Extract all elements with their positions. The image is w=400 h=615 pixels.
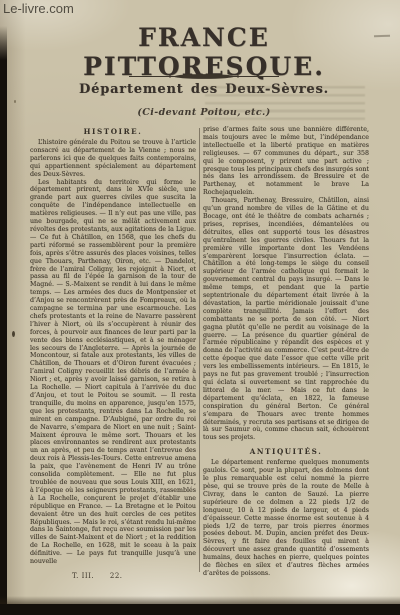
column-divider-rule <box>199 128 200 572</box>
paper-blemish <box>14 100 16 103</box>
watermark: Le-livre.com <box>3 1 74 16</box>
body-paragraph: Les habitants du territoire qui forme le… <box>30 179 196 566</box>
body-paragraph: Le département renferme quelques monumen… <box>203 459 369 578</box>
volume-label: T. III. <box>72 572 94 580</box>
right-column: prise d’armes faite sous une bannière di… <box>203 126 369 578</box>
book-edge-bottom <box>0 604 400 615</box>
page-footer: T. III. 22. <box>72 572 123 580</box>
body-paragraph: L’histoire générale du Poitou se trouve … <box>30 139 196 179</box>
text-columns: HISTOIRE. L’histoire générale du Poitou … <box>30 126 369 578</box>
paper-blemish <box>12 331 15 337</box>
left-column: HISTOIRE. L’histoire générale du Poitou … <box>30 126 196 566</box>
showthrough-ghost-text <box>205 86 365 122</box>
section-heading-antiquites: ANTIQUITÉS. <box>203 447 369 456</box>
body-paragraph: prise d’armes faite sous une bannière di… <box>203 126 369 197</box>
section-heading-histoire: HISTOIRE. <box>30 127 196 136</box>
book-edge-left <box>0 26 7 615</box>
sheet-number: 22. <box>110 572 123 580</box>
page-bottom-shadow <box>0 596 400 604</box>
body-paragraph: Thouars, Parthenay, Bressuire, Châtillon… <box>203 197 369 442</box>
scanned-book-page: Le-livre.com FRANCE PITTORESQUE. Départe… <box>0 0 400 615</box>
